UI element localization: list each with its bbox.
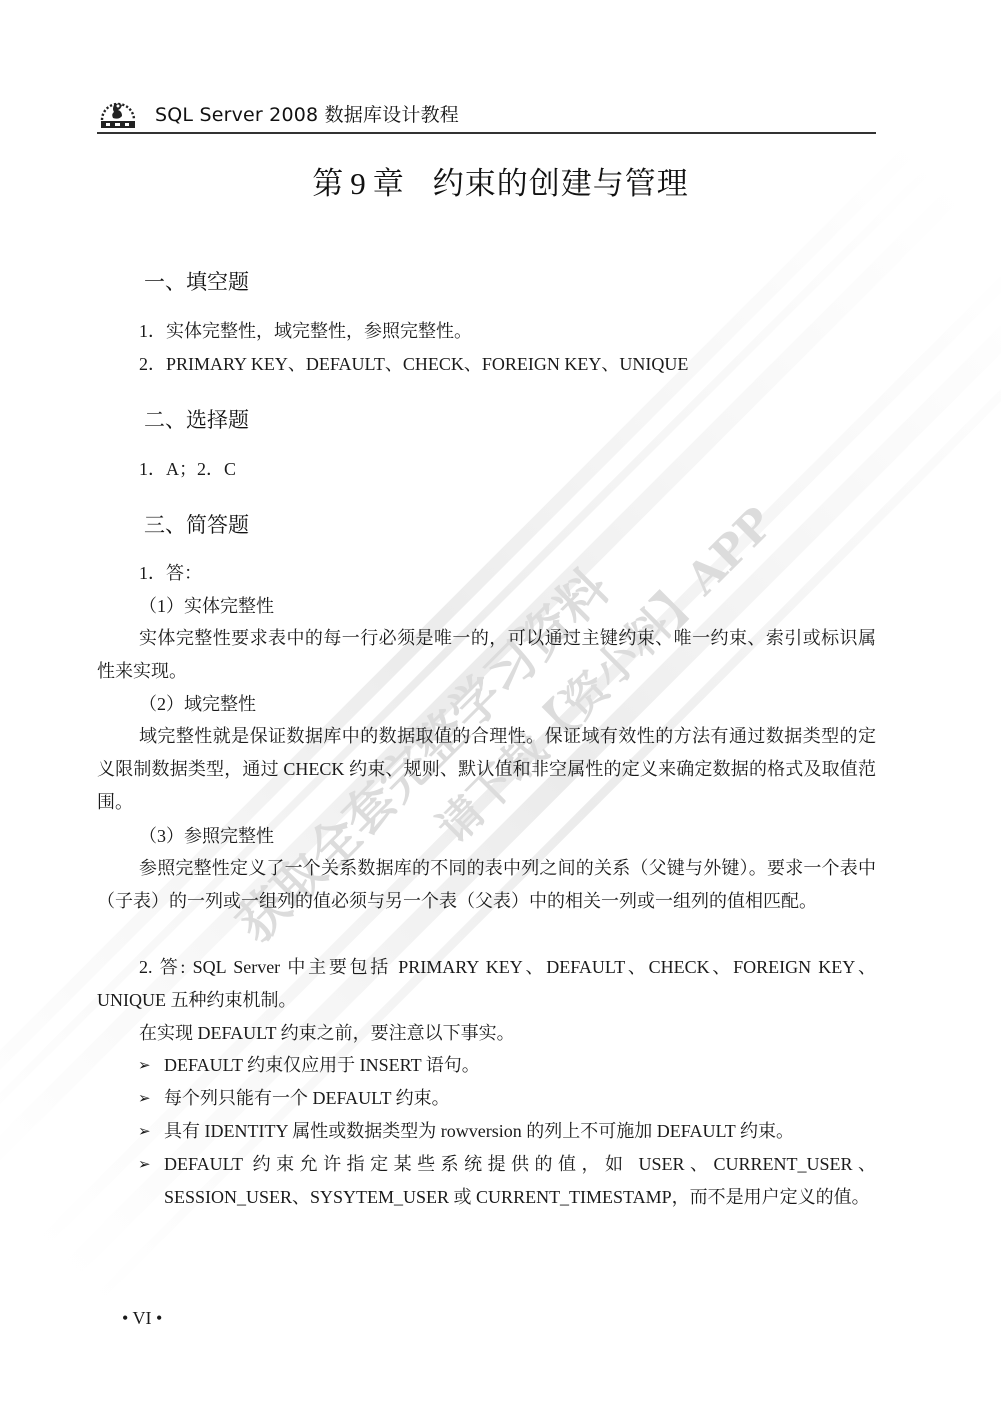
paragraph-referential-integrity: 参照完整性定义了一个关系数据库的不同的表中列之间的关系（父键与外键）。要求一个表… [97,852,876,918]
book-title: SQL Server 2008 数据库设计教程 [155,100,459,127]
paragraph-domain-integrity: 域完整性就是保证数据库中的数据取值的合理性。保证域有效性的方法有通过数据类型的定… [97,720,876,819]
bullet-text: 具有 IDENTITY 属性或数据类型为 rowversion 的列上不可施加 … [164,1115,876,1148]
question-1-label: 1．答： [139,562,202,584]
paragraph-entity-integrity: 实体完整性要求表中的每一行必须是唯一的，可以通过主键约束、唯一约束、索引或标识属… [97,622,876,688]
arrow-bullet-icon: ➢ [138,1082,151,1115]
document-page: 获取全套完整学习资料 请下载【资小料】APP SQL Server 2008 数… [0,0,1001,1413]
answer-line: 2．PRIMARY KEY、DEFAULT、CHECK、FOREIGN KEY、… [139,353,688,375]
publisher-logo-icon [97,94,139,130]
section-heading-short-answer: 三、简答题 [144,509,249,539]
chapter-title: 第9章约束的创建与管理 [0,158,1001,203]
bullet-item: ➢ DEFAULT 约束允许指定某些系统提供的值，如 USER、CURRENT_… [138,1148,876,1214]
section-heading-choice: 二、选择题 [144,404,249,434]
page-number: • VI • [122,1308,162,1329]
running-header: SQL Server 2008 数据库设计教程 [97,94,876,134]
chapter-prefix: 第 [312,166,344,202]
bullet-item: ➢ DEFAULT 约束仅应用于 INSERT 语句。 [138,1049,876,1082]
section-heading-fill-in: 一、填空题 [144,266,249,296]
subheading-referential-integrity: （3）参照完整性 [139,825,274,847]
bullet-item: ➢ 每个列只能有一个 DEFAULT 约束。 [138,1082,876,1115]
chapter-name: 约束的创建与管理 [433,166,689,202]
subheading-entity-integrity: （1）实体完整性 [139,595,274,617]
default-constraint-intro: 在实现 DEFAULT 约束之前，要注意以下事实。 [139,1022,515,1044]
question-2-answer: 2. 答: SQL Server 中主要包括 PRIMARY KEY、DEFAU… [97,951,876,1017]
chapter-number: 9 [350,166,367,201]
bullet-text: DEFAULT 约束允许指定某些系统提供的值，如 USER、CURRENT_US… [164,1148,876,1214]
bullet-text: 每个列只能有一个 DEFAULT 约束。 [164,1082,876,1115]
answer-line: 1．A；2．C [139,458,236,480]
bullet-text: DEFAULT 约束仅应用于 INSERT 语句。 [164,1049,876,1082]
arrow-bullet-icon: ➢ [138,1148,151,1181]
arrow-bullet-icon: ➢ [138,1115,151,1148]
chapter-suffix: 章 [373,166,405,202]
arrow-bullet-icon: ➢ [138,1049,151,1082]
subheading-domain-integrity: （2）域完整性 [139,693,256,715]
answer-line: 1．实体完整性，域完整性，参照完整性。 [139,320,472,342]
bullet-item: ➢ 具有 IDENTITY 属性或数据类型为 rowversion 的列上不可施… [138,1115,876,1148]
